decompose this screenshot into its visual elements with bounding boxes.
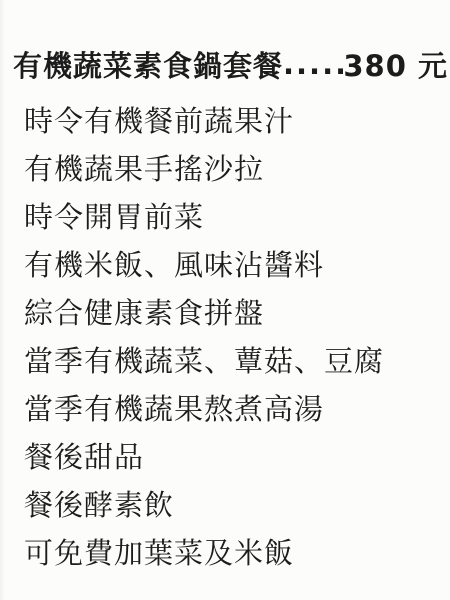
menu-item: 餐後酵素飲 <box>24 481 450 529</box>
menu-item: 時令開胃前菜 <box>24 193 450 241</box>
menu-title: 有機蔬菜素食鍋套餐.............380 元 <box>13 49 450 84</box>
menu-item: 餐後甜品 <box>24 433 450 481</box>
menu-page: 有機蔬菜素食鍋套餐.............380 元 時令有機餐前蔬果汁 有機… <box>0 0 450 600</box>
dotted-leader: ............. <box>283 47 343 82</box>
menu-item-list: 時令有機餐前蔬果汁 有機蔬果手搖沙拉 時令開胃前菜 有機米飯、風味沾醬料 綜合健… <box>13 97 450 577</box>
menu-item: 綜合健康素食拼盤 <box>24 289 450 337</box>
set-menu-price: 380 元 <box>343 49 448 84</box>
menu-item: 有機蔬果手搖沙拉 <box>24 145 450 193</box>
set-menu-name: 有機蔬菜素食鍋套餐 <box>13 49 283 84</box>
menu-item: 當季有機蔬果熬煮高湯 <box>24 385 450 433</box>
menu-item: 時令有機餐前蔬果汁 <box>24 97 450 145</box>
menu-item: 有機米飯、風味沾醬料 <box>24 241 450 289</box>
menu-item: 可免費加葉菜及米飯 <box>24 529 450 577</box>
menu-item: 當季有機蔬菜、蕈菇、豆腐 <box>24 337 450 385</box>
